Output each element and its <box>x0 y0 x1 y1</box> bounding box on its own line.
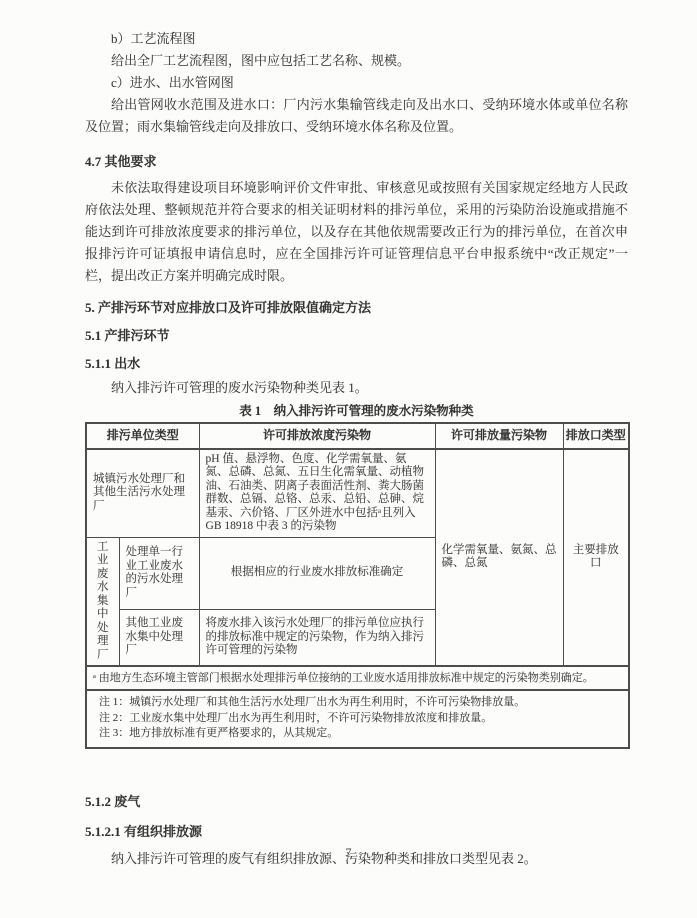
table-1-header-row: 排污单位类型 许可排放浓度污染物 许可排放量污染物 排放口类型 <box>86 423 629 449</box>
col-header-concentration-pollutants: 许可排放浓度污染物 <box>199 423 435 449</box>
page-number: 7 <box>0 845 697 860</box>
section-4-7-body: 未依法取得建设项目环境影响评价文件审批、审核意见或按照有关国家规定经地方人民政府… <box>85 177 628 287</box>
cell-other-industrial-pollutants: 将废水排入该污水处理厂的排污单位应执行的排放标准中规定的污染物，作为纳入排污许可… <box>199 609 435 666</box>
cell-single-industry-plant-type: 处理单一行业工业废水的污水处理厂 <box>119 537 199 609</box>
table-1-footnote-row: ᵃ 由地方生态环境主管部门根据水处理排污单位接纳的工业废水适用排放标准中规定的污… <box>86 666 629 690</box>
table-1-caption: 表 1 纳入排污许可管理的废水污染物种类 <box>85 402 628 420</box>
cell-industrial-group-label: 工业废水集中处理厂 <box>86 537 119 666</box>
note-line-1: 注 1：城镇污水处理厂和其他生活污水处理厂出水为再生利用时，不许可污染物排放量。 <box>99 695 622 711</box>
col-header-unit-type: 排污单位类型 <box>86 423 199 449</box>
section-5-1-title: 5.1 产排污环节 <box>85 325 628 347</box>
cell-quantity-pollutants: 化学需氧量、氨氮、总磷、总氮 <box>435 449 563 667</box>
cell-outlet-type: 主要排放口 <box>563 449 629 667</box>
section-5-1-1-title: 5.1.1 出水 <box>85 353 628 375</box>
clause-c-desc: 给出管网收水范围及进水口：厂内污水集输管线走向及出水口、受纳环境水体或单位名称及… <box>85 94 628 138</box>
note-line-3: 注 3：地方排放标准有更严格要求的，从其规定。 <box>99 726 622 742</box>
page-content: b）工艺流程图 给出全厂工艺流程图，图中应包括工艺名称、规模。 c）进水、出水管… <box>85 28 628 870</box>
col-header-outlet-type: 排放口类型 <box>563 423 629 449</box>
section-5-1-2-1-title: 5.1.2.1 有组织排放源 <box>85 821 628 843</box>
clause-b-desc: 给出全厂工艺流程图，图中应包括工艺名称、规模。 <box>85 50 628 72</box>
col-header-quantity-pollutants: 许可排放量污染物 <box>435 423 563 449</box>
cell-municipal-concentration-pollutants: pH 值、悬浮物、色度、化学需氧量、氨氮、总磷、总氮、五日生化需氧量、动植物油、… <box>199 449 435 538</box>
cell-single-industry-standard: 根据相应的行业废水排放标准确定 <box>199 537 435 609</box>
clause-b-title: b）工艺流程图 <box>85 28 628 50</box>
note-line-2: 注 2：工业废水集中处理厂出水为再生利用时，不许可污染物排放浓度和排放量。 <box>99 711 622 727</box>
section-4-7-title: 4.7 其他要求 <box>85 151 628 173</box>
table-1-notes: 注 1：城镇污水处理厂和其他生活污水处理厂出水为再生利用时，不许可污染物排放量。… <box>86 690 629 748</box>
cell-municipal-plant-type: 城镇污水处理厂和其他生活污水处理厂 <box>86 449 199 538</box>
table-1-footnote: ᵃ 由地方生态环境主管部门根据水处理排污单位接纳的工业废水适用排放标准中规定的污… <box>86 666 629 690</box>
section-5-title: 5. 产排污环节对应排放口及许可排放限值确定方法 <box>85 297 628 319</box>
table-1-notes-row: 注 1：城镇污水处理厂和其他生活污水处理厂出水为再生利用时，不许可污染物排放量。… <box>86 690 629 748</box>
cell-other-industrial-plant-type: 其他工业废水集中处理厂 <box>119 609 199 666</box>
section-5-1-2-title: 5.1.2 废气 <box>85 791 628 813</box>
section-5-1-1-body: 纳入排污许可管理的废水污染物种类见表 1。 <box>85 377 628 399</box>
table-1: 排污单位类型 许可排放浓度污染物 许可排放量污染物 排放口类型 城镇污水处理厂和… <box>85 422 630 749</box>
table-row: 城镇污水处理厂和其他生活污水处理厂 pH 值、悬浮物、色度、化学需氧量、氨氮、总… <box>86 449 629 538</box>
document-page: b）工艺流程图 给出全厂工艺流程图，图中应包括工艺名称、规模。 c）进水、出水管… <box>0 0 697 918</box>
clause-c-title: c）进水、出水管网图 <box>85 72 628 94</box>
